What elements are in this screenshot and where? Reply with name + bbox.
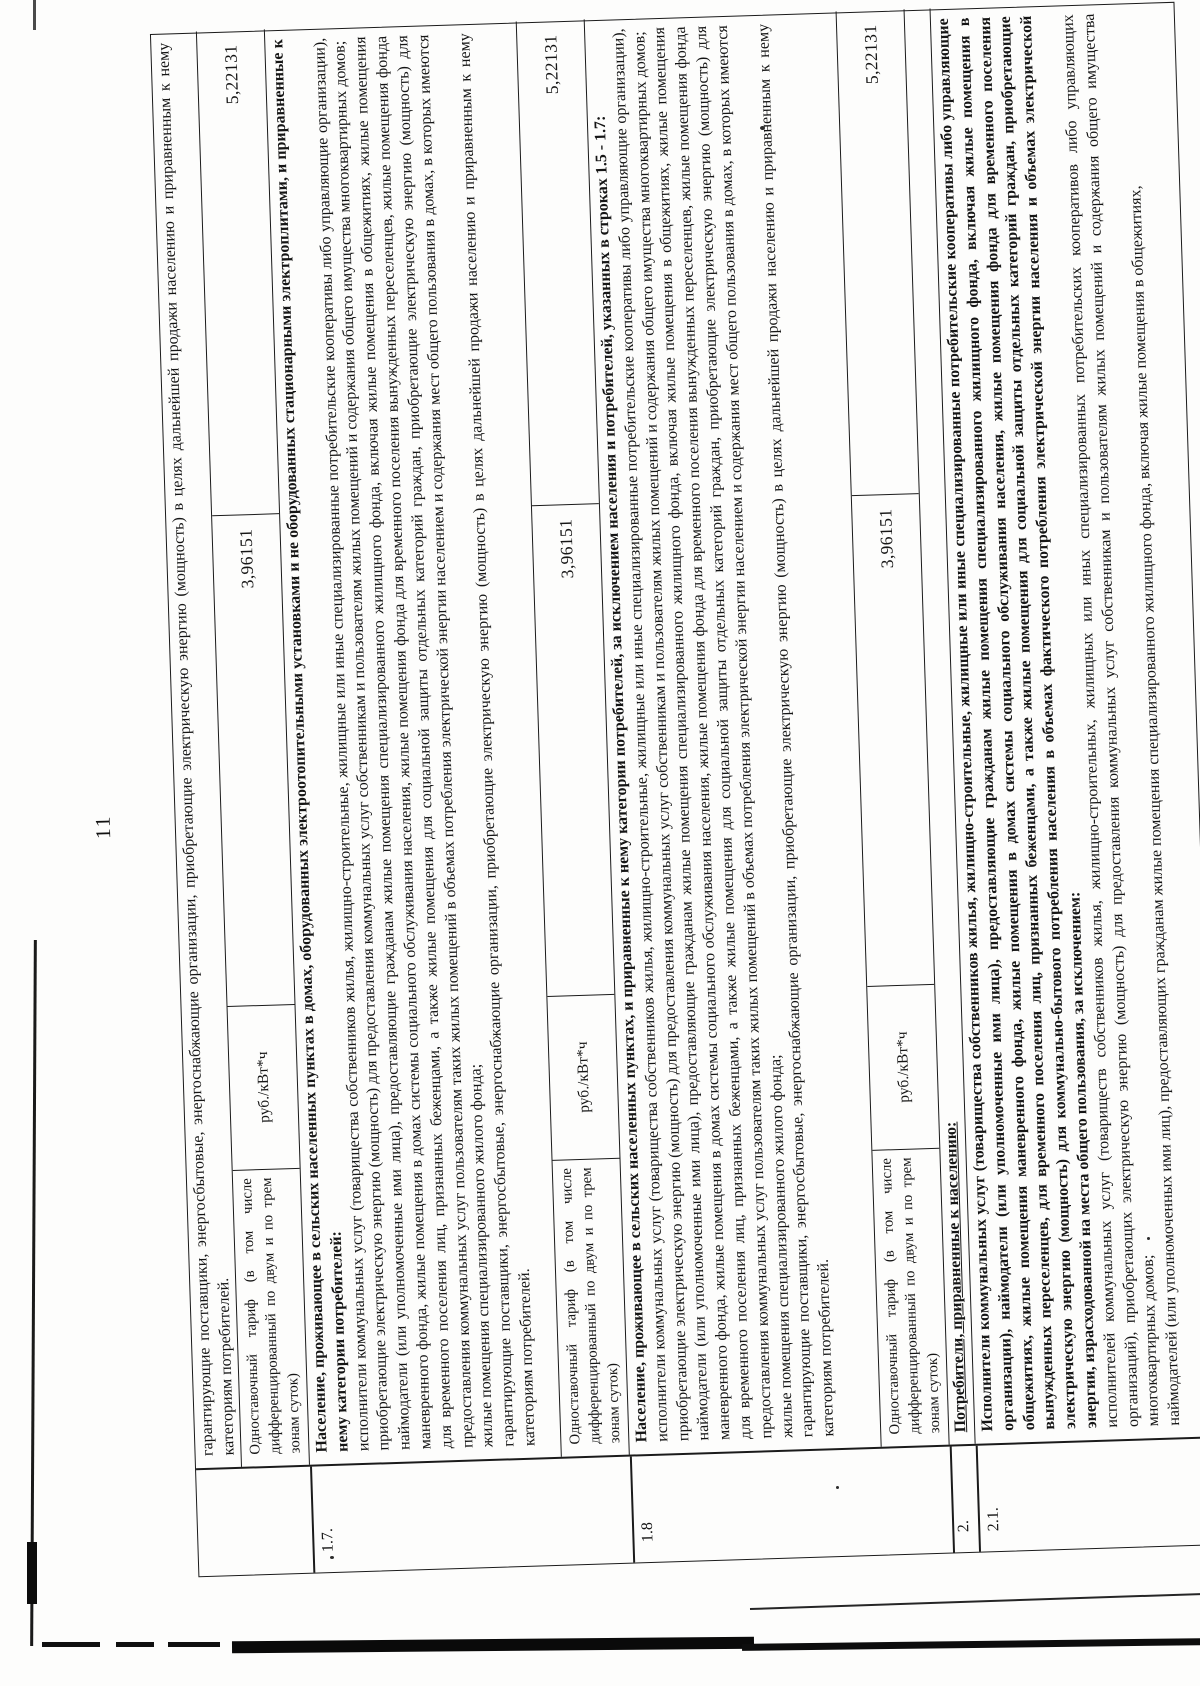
ink-speck [1147,1237,1150,1240]
page-skew-layer: 11 1.7. 1.8 2. 2.1. гарантиру [0,0,1200,1686]
scan-edge-left-blob [27,1542,37,1604]
tariff-label-cell: Одноставочный тариф (в том числе диффере… [552,1157,628,1457]
row-number-1-7: 1.7. [319,1528,338,1553]
grid-line [630,1457,635,1563]
page-number: 11 [89,780,117,873]
tariff-label-cell: Одноставочный тариф (в том числе диффере… [872,1147,948,1447]
row-number-1-8: 1.8 [639,1522,658,1543]
table-row-2-1: Исполнители коммунальных услуг (товарище… [931,1,1200,1444]
grid-line [950,1447,955,1553]
ink-speck [330,1556,334,1559]
row-number-2-1: 2.1. [985,1507,1004,1532]
scan-edge-bottom-dash [168,1642,220,1647]
ink-speck [760,126,765,130]
unit-cell: руб./кВт*ч [228,1004,300,1170]
grid-line [976,1446,981,1552]
unit-cell: руб./кВт*ч [547,994,619,1160]
row-number-2: 2. [955,1520,973,1533]
scan-edge-top-tick [33,0,36,30]
table-row-1-7: Население, проживающее в сельских населе… [265,22,562,1465]
ink-speck [836,1486,839,1489]
scanned-document-page: 11 1.7. 1.8 2. 2.1. гарантиру [0,0,1200,1686]
unit-cell: руб./кВт*ч [867,984,939,1150]
tariff-table: 1.7. 1.8 2. 2.1. гарантирующие поставщик… [150,2,1200,1577]
scan-edge-bottom-dash [116,1642,154,1647]
grid-line [310,1467,315,1573]
page-rotation-layer: 11 1.7. 1.8 2. 2.1. гарантиру [0,0,1200,1686]
tariff-label-cell: Одноставочный тариф (в том числе диффере… [233,1167,309,1467]
table-row-1-8: Население, проживающее в сельских населе… [585,12,882,1455]
scan-edge-bottom-dash [42,1642,100,1647]
